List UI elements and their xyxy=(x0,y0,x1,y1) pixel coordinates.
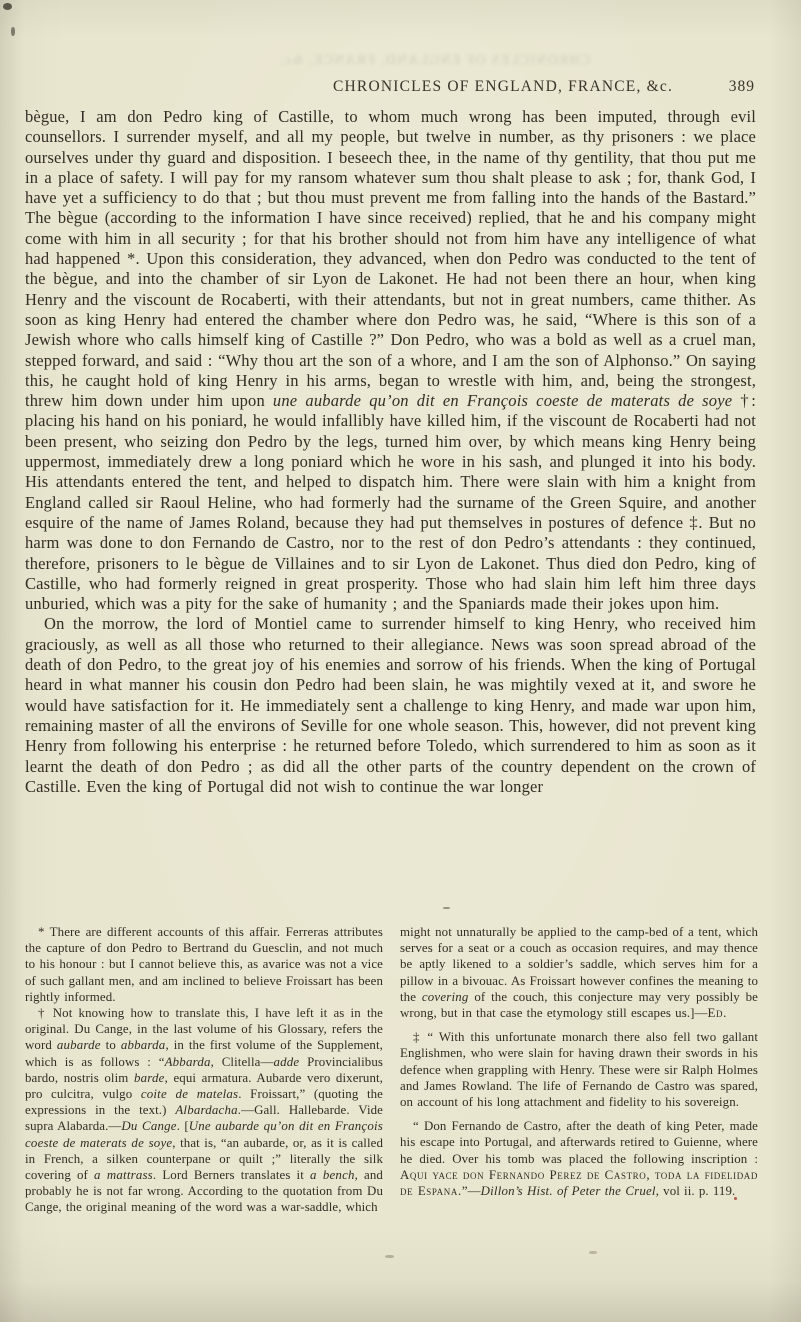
footnote-paragraph: “ Don Fernando de Castro, after the deat… xyxy=(400,1118,758,1199)
page-number: 389 xyxy=(729,78,755,96)
scan-speck xyxy=(443,907,450,909)
footnote-column-right: might not unnaturally be applied to the … xyxy=(400,924,758,1216)
footnote-paragraph: ‡ “ With this unfortunate monarch there … xyxy=(400,1029,758,1110)
body-paragraph: bègue, I am don Pedro king of Castille, … xyxy=(25,107,756,614)
footnote-paragraph: † Not knowing how to translate this, I h… xyxy=(25,1005,383,1216)
scan-speck xyxy=(385,1255,394,1258)
scan-speck xyxy=(589,1251,597,1254)
show-through-text: CHRONICLES OF ENGLAND, FRANCE, &c. xyxy=(230,52,590,68)
running-head-title: CHRONICLES OF ENGLAND, FRANCE, &c. xyxy=(333,78,673,96)
footnote-column-left: * There are different accounts of this a… xyxy=(25,924,383,1216)
scan-speck xyxy=(11,27,15,36)
body-paragraph: On the morrow, the lord of Montiel came … xyxy=(25,614,756,797)
footnote-paragraph: might not unnaturally be applied to the … xyxy=(400,924,758,1021)
footnotes: * There are different accounts of this a… xyxy=(25,924,758,1216)
footnote-paragraph: * There are different accounts of this a… xyxy=(25,924,383,1005)
book-page: CHRONICLES OF ENGLAND, FRANCE, &c. CHRON… xyxy=(0,0,801,1322)
scan-speck xyxy=(3,3,12,10)
main-text: bègue, I am don Pedro king of Castille, … xyxy=(25,107,756,797)
